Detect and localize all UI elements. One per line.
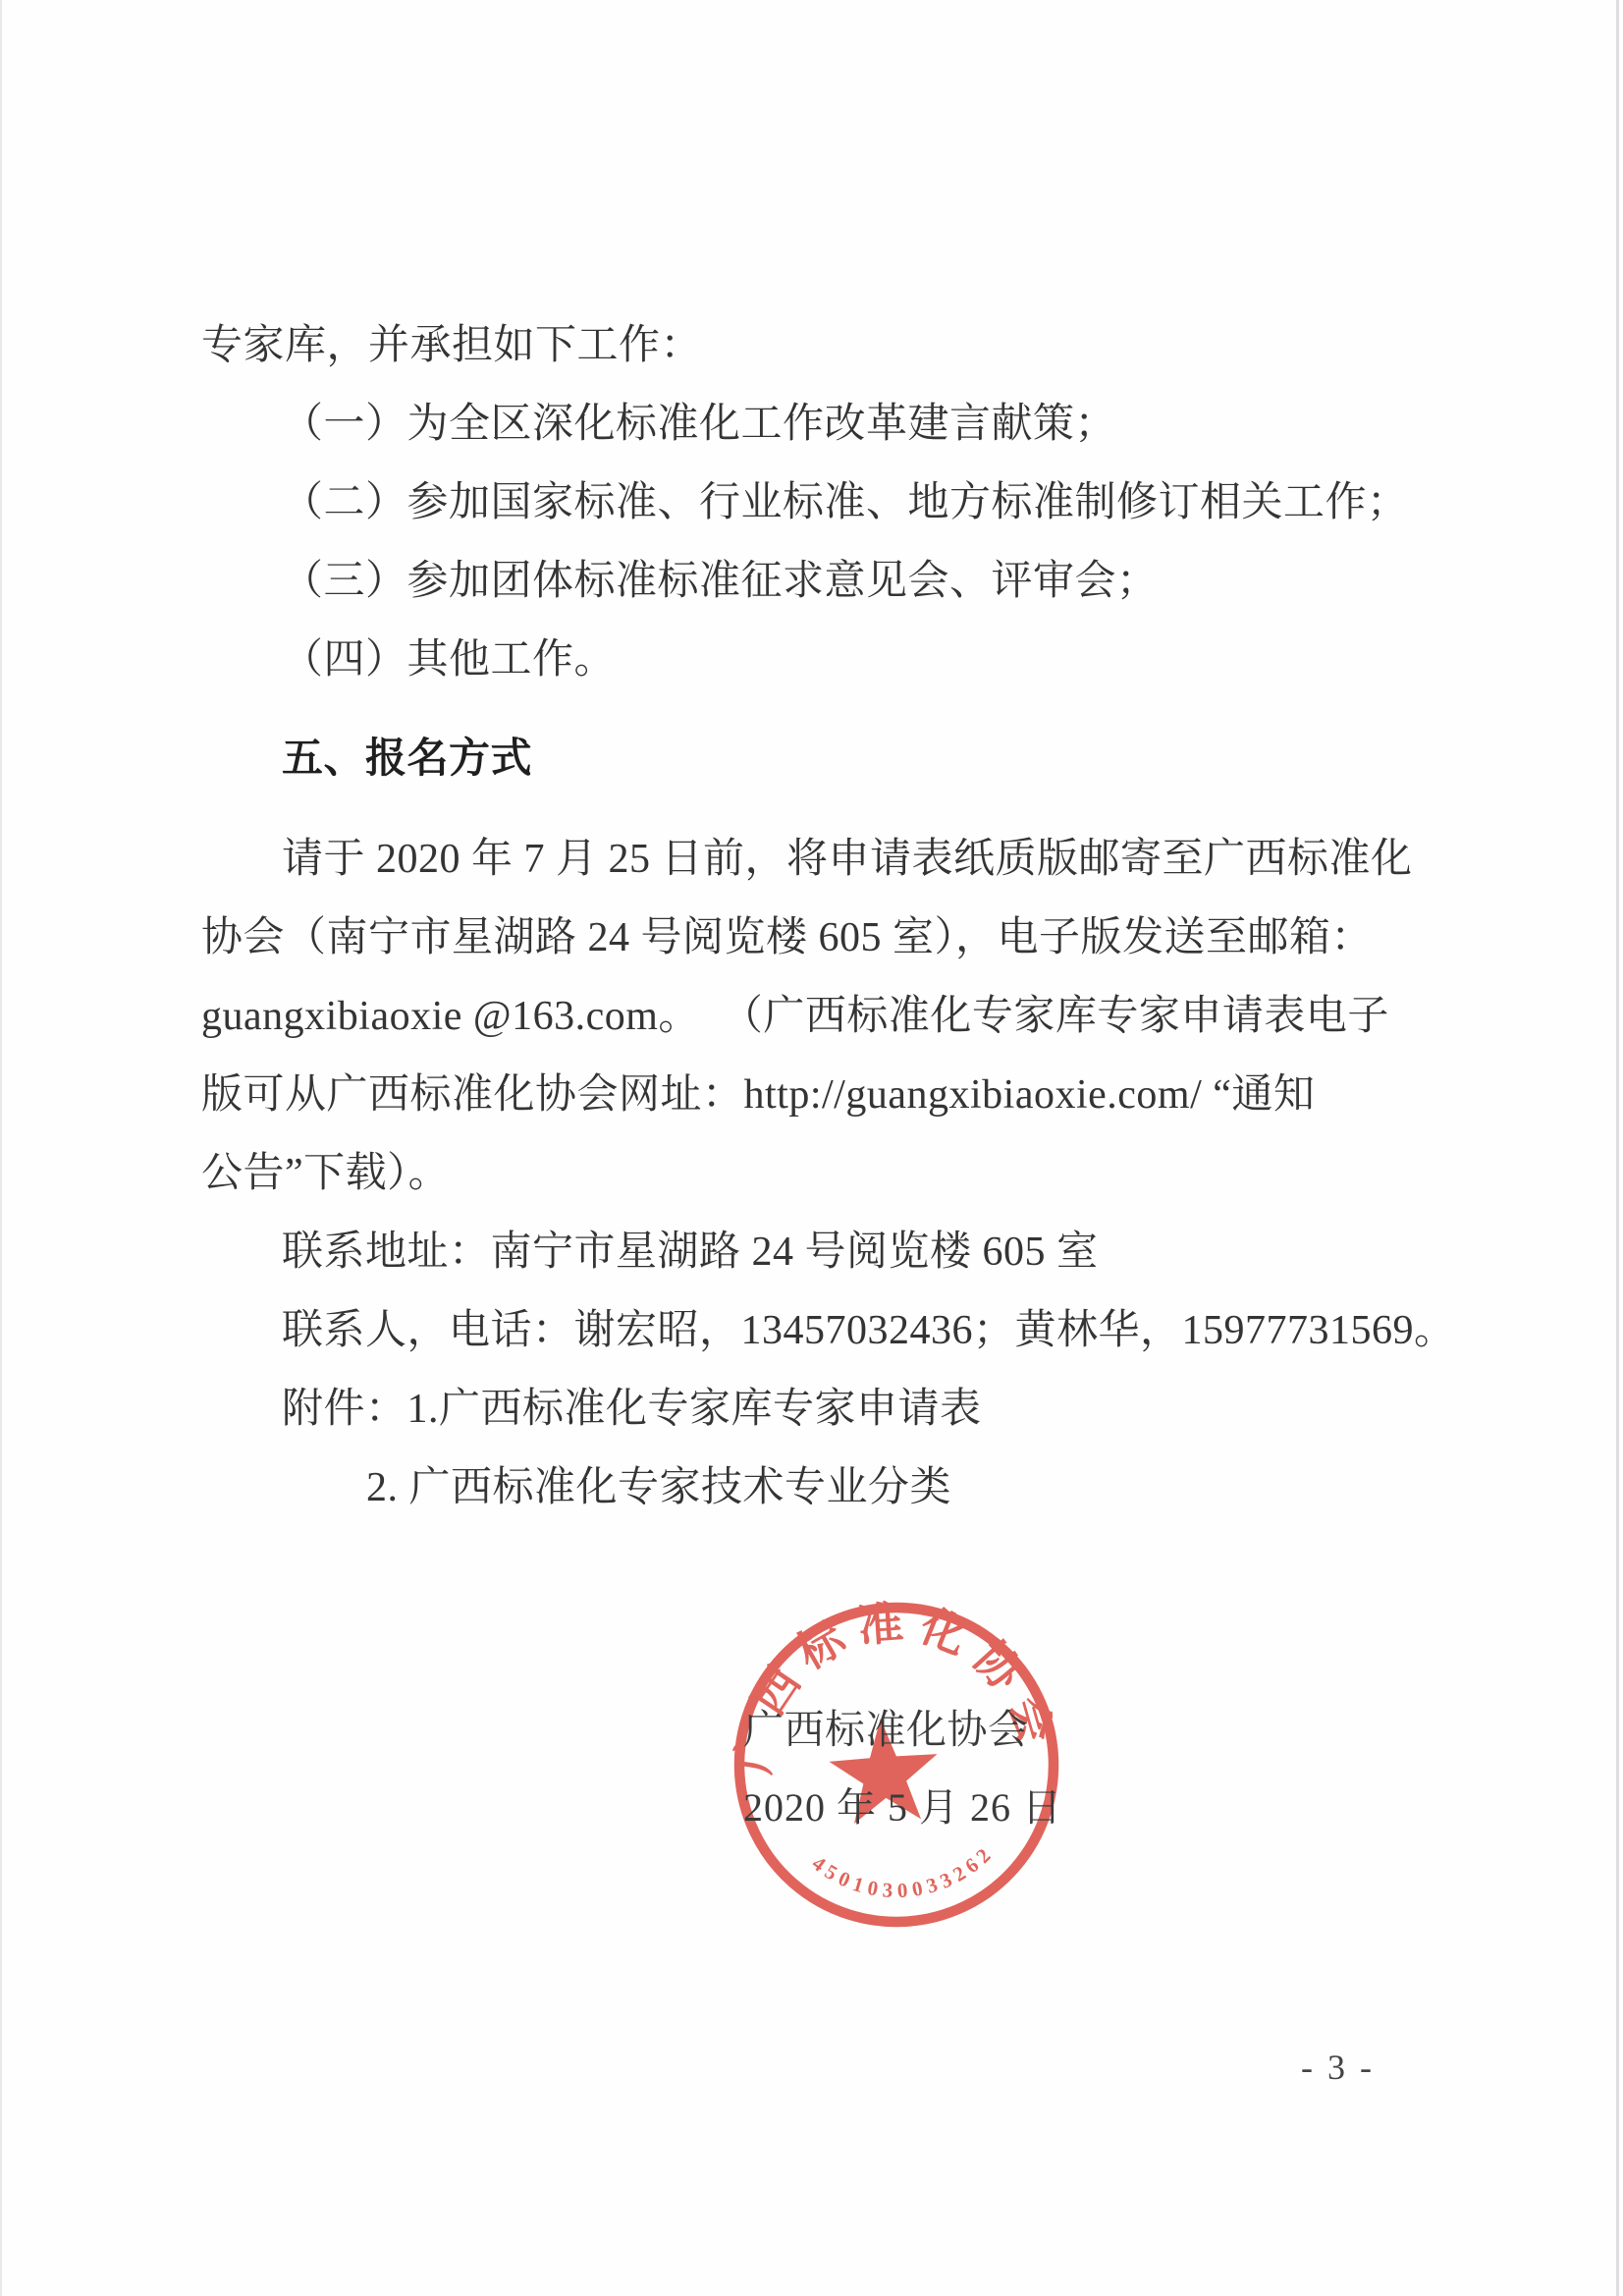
section-heading: 五、报名方式 bbox=[201, 719, 1488, 797]
document-page: 专家库，并承担如下工作： （一）为全区深化标准化工作改革建言献策； （二）参加国… bbox=[0, 0, 1623, 2296]
list-item-3: （三）参加团体标准标准征求意见会、评审会； bbox=[201, 542, 1488, 621]
scan-edge-right bbox=[1616, 0, 1619, 2296]
scan-edge-left bbox=[0, 0, 2, 2296]
attachment-line-2: 2. 广西标准化专家技术专业分类 bbox=[201, 1449, 1488, 1527]
list-item-4: （四）其他工作。 bbox=[201, 621, 1488, 699]
list-item-1: （一）为全区深化标准化工作改革建言献策； bbox=[201, 385, 1488, 464]
signature-date: 2020 年 5 月 26 日 bbox=[743, 1788, 1062, 1828]
paragraph-line-4-url: 版可从广西标准化协会网址：http://guangxibiaoxie.com/ … bbox=[201, 1056, 1488, 1134]
contact-person-line: 联系人，电话：谢宏昭，13457032436；黄林华，15977731569。 bbox=[201, 1291, 1488, 1370]
official-seal: 广西标准化协会 4501030033262 bbox=[719, 1587, 1075, 1943]
list-item-2: （二）参加国家标准、行业标准、地方标准制修订相关工作； bbox=[201, 464, 1488, 542]
signature-organization: 广西标准化协会 bbox=[743, 1710, 1029, 1750]
document-body: 专家库，并承担如下工作： （一）为全区深化标准化工作改革建言献策； （二）参加国… bbox=[201, 306, 1488, 1527]
paragraph-line-2: 协会（南宁市星湖路 24 号阅览楼 605 室），电子版发送至邮箱： bbox=[201, 899, 1488, 977]
page-number: - 3 - bbox=[1301, 2047, 1375, 2088]
paragraph-line-1: 请于 2020 年 7 月 25 日前，将申请表纸质版邮寄至广西标准化 bbox=[201, 820, 1488, 899]
paragraph-line-5: 公告”下载）。 bbox=[201, 1134, 1488, 1213]
contact-address-line: 联系地址：南宁市星湖路 24 号阅览楼 605 室 bbox=[201, 1213, 1488, 1291]
paragraph-line-3-email: guangxibiaoxie @163.com。 （广西标准化专家库专家申请表电… bbox=[201, 977, 1488, 1056]
attachment-line-1: 附件：1.广西标准化专家库专家申请表 bbox=[201, 1370, 1488, 1449]
intro-line: 专家库，并承担如下工作： bbox=[201, 306, 1488, 385]
